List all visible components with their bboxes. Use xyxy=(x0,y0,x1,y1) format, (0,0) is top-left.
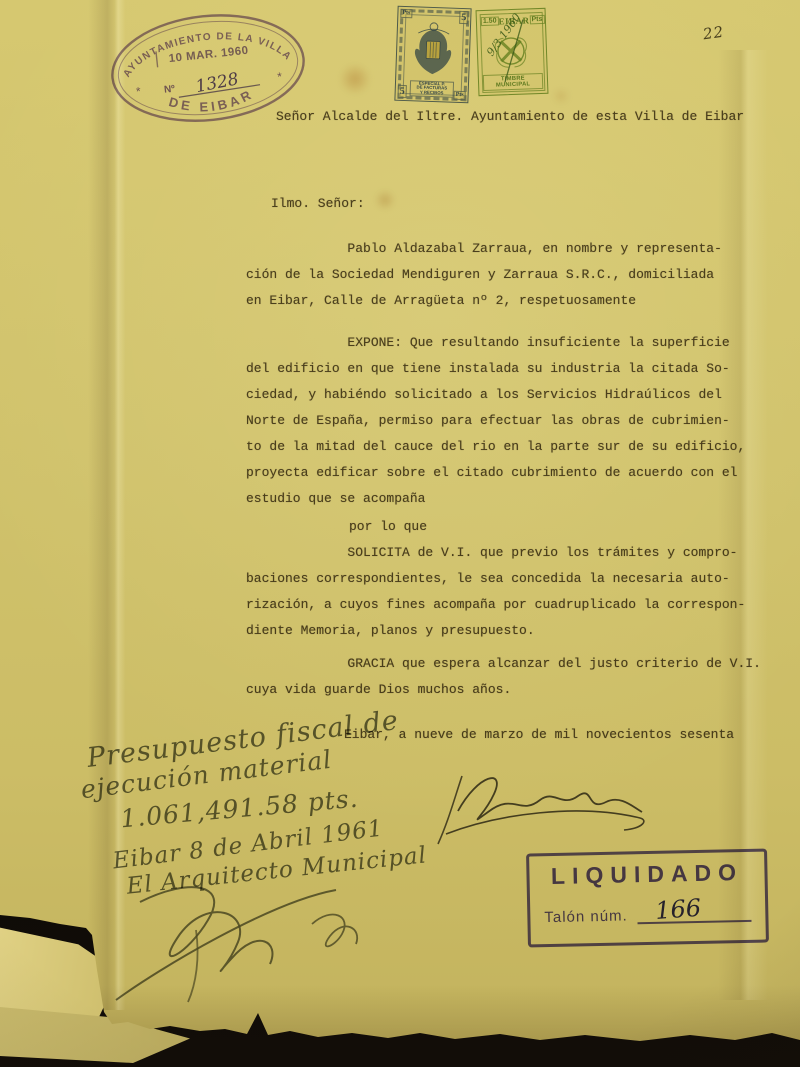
letter-paragraph-solicita: SOLICITA de V.I. que previo los trámites… xyxy=(246,540,800,644)
paper-stain xyxy=(552,88,570,104)
stamp-cancellation: 9/3 1960 xyxy=(477,9,548,95)
document-photo: 22 AYUNTAMIENTO DE LA VILLA DE EIBAR 10 … xyxy=(0,0,800,1067)
paper-stain xyxy=(374,190,396,210)
stamp-star-right: * xyxy=(277,69,283,83)
liquidado-title: LIQUIDADO xyxy=(529,859,765,891)
stamp-star-left: * xyxy=(135,84,141,98)
petitioner-signature xyxy=(428,756,663,856)
cancellation-text: 9/3 1960 xyxy=(484,11,523,58)
architect-signature xyxy=(100,872,380,1012)
stamp-currency: Pts xyxy=(453,91,465,100)
letter-connector: por lo que xyxy=(349,514,427,540)
talon-label: Talón núm. xyxy=(544,907,628,926)
liquidado-stamp: LIQUIDADO Talón núm. 166 xyxy=(526,848,769,947)
paper-stain xyxy=(338,64,372,94)
fiscal-stamp: Pts 5 5 Pts ESPECIAL P. DE FACTURAS Y RE… xyxy=(394,6,471,104)
stamp-currency: Pts xyxy=(400,9,412,18)
talon-underline: 166 xyxy=(637,894,751,924)
eagle-coat-of-arms-icon xyxy=(410,19,456,79)
letter-dateline: Eibar, a nueve de marzo de mil novecient… xyxy=(344,722,734,748)
letter-paragraph-gracia: GRACIA que espera alcanzar del justo cri… xyxy=(246,651,800,703)
letter-salutation: Ilmo. Señor: xyxy=(271,191,365,217)
paper-sheet: 22 AYUNTAMIENTO DE LA VILLA DE EIBAR 10 … xyxy=(0,0,800,1067)
stamp-denomination: 5 xyxy=(397,85,406,98)
letter-addressee: Señor Alcalde del Iltre. Ayuntamiento de… xyxy=(276,104,744,130)
stamp-denomination: 5 xyxy=(459,11,468,24)
letter-paragraph-intro: Pablo Aldazabal Zarraua, en nombre y rep… xyxy=(246,236,800,314)
municipal-timbre-stamp: 1.50 EIBAR Pts TIMBRE MUNICIPAL 9/3 1960 xyxy=(476,8,549,96)
stamp-handwritten-number: 1328 xyxy=(194,69,240,97)
stamp-band-text: ESPECIAL P. DE FACTURAS Y RECIBOS xyxy=(410,80,455,98)
talon-number: 166 xyxy=(655,894,703,925)
letter-paragraph-expone: EXPONE: Que resultando insuficiente la s… xyxy=(246,330,800,512)
stamp-number-label: Nº xyxy=(164,84,176,96)
page-number: 22 xyxy=(702,23,725,44)
